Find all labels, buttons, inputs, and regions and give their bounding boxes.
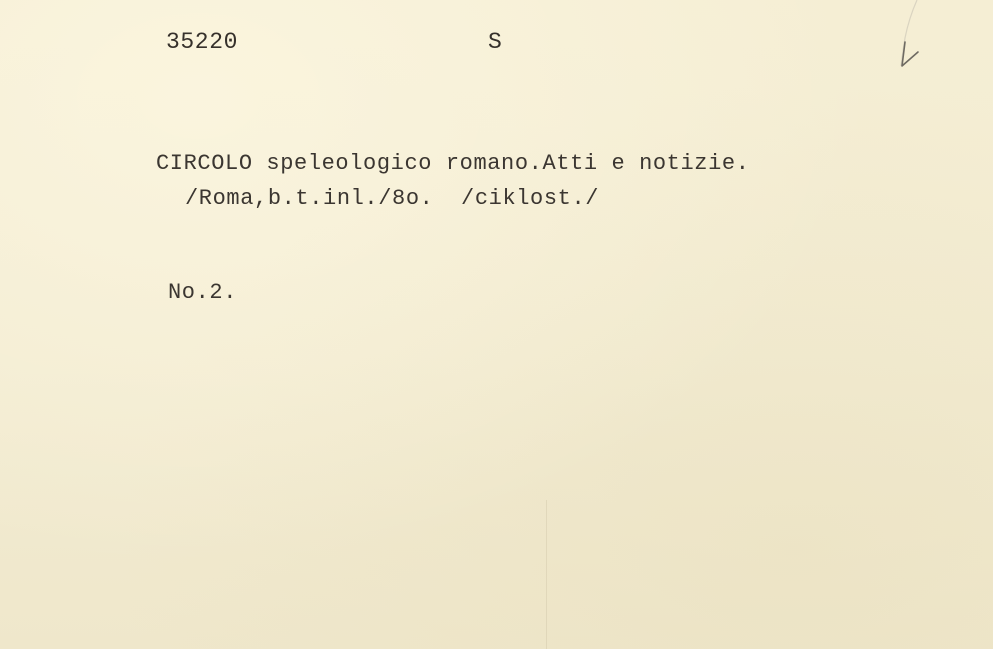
imprint-line: /Roma,b.t.inl./8o. /ciklost./: [185, 186, 599, 211]
shelf-mark: S: [488, 29, 502, 55]
title-line: CIRCOLO speleologico romano.Atti e notiz…: [156, 151, 750, 176]
paper-crease: [546, 500, 547, 649]
pencil-annotation-mark: [895, 0, 935, 70]
accession-number: 35220: [166, 29, 238, 55]
catalog-card: 35220 S CIRCOLO speleologico romano.Atti…: [0, 0, 993, 649]
volume-line: No.2.: [168, 280, 237, 305]
